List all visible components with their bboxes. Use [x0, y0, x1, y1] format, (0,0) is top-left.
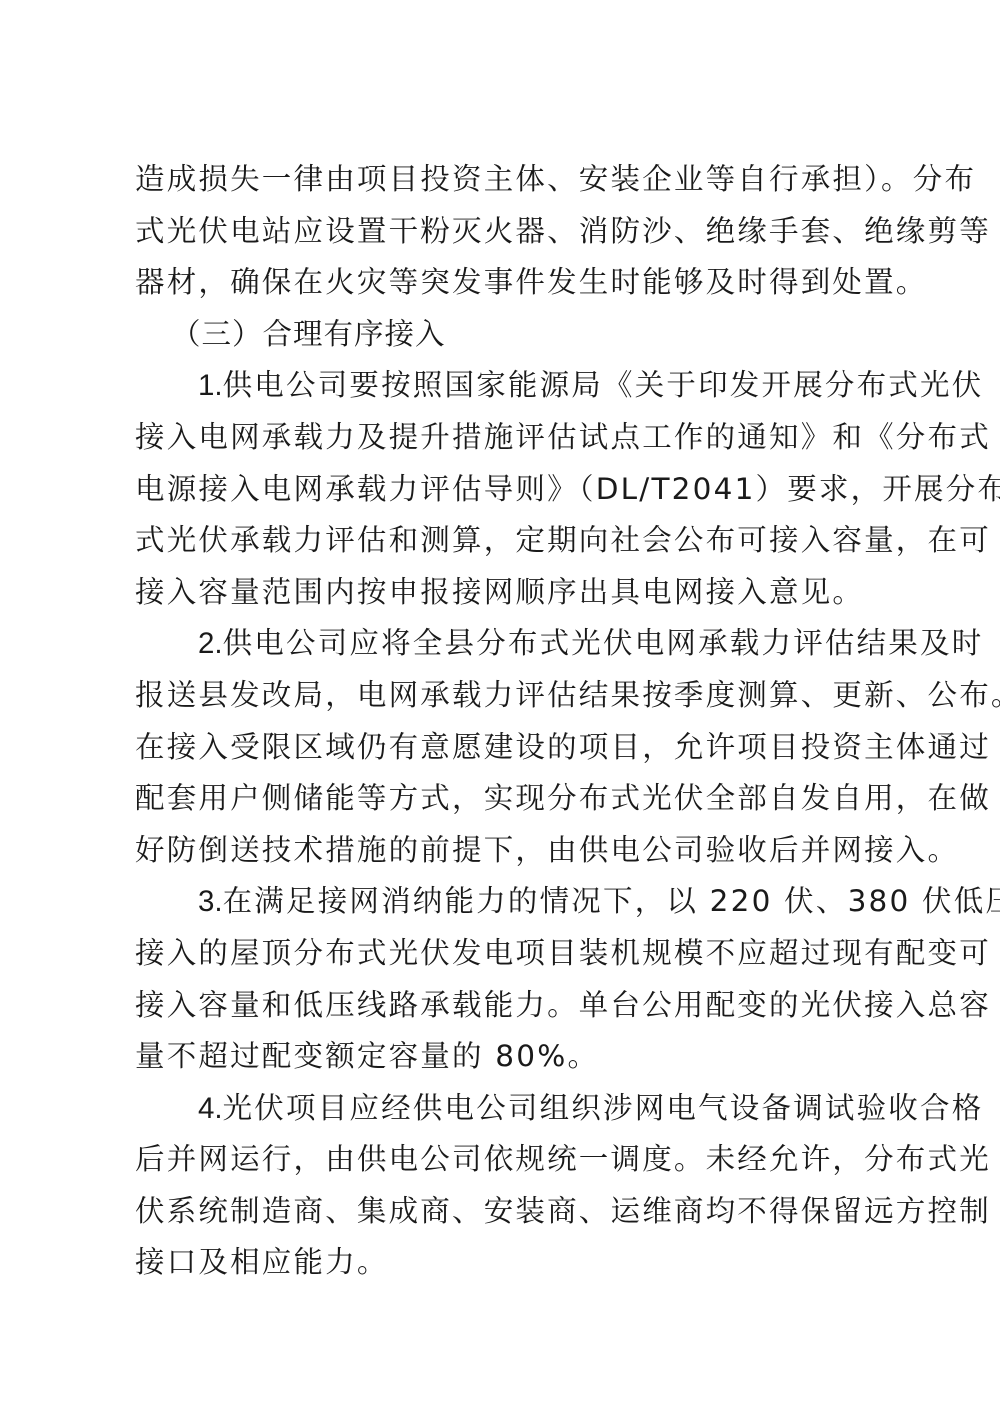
text-line: 报送县发改局，电网承载力评估结果按季度测算、更新、公布。 [135, 670, 867, 722]
paragraph-continuation: 造成损失一律由项目投资主体、安装企业等自行承担）。分布 式光伏电站应设置干粉灭火… [135, 154, 867, 309]
item-number: 3. [198, 885, 223, 918]
text-line: 在接入受限区域仍有意愿建设的项目，允许项目投资主体通过 [135, 722, 867, 774]
text-line: 接入电网承载力及提升措施评估试点工作的通知》和《分布式 [135, 412, 867, 464]
text-line: 3.在满足接网消纳能力的情况下，以 220 伏、380 伏低压 [135, 876, 867, 928]
list-item-3: 3.在满足接网消纳能力的情况下，以 220 伏、380 伏低压 接入的屋顶分布式… [135, 876, 867, 1082]
item-number: 1. [198, 369, 223, 402]
section-heading-text: （三）合理有序接入 [135, 309, 867, 361]
text-line: 器材，确保在火灾等突发事件发生时能够及时得到处置。 [135, 257, 867, 309]
text-line: 接入容量和低压线路承载能力。单台公用配变的光伏接入总容 [135, 980, 867, 1032]
text-line: 配套用户侧储能等方式，实现分布式光伏全部自发自用，在做 [135, 773, 867, 825]
text-line: 接入容量范围内按申报接网顺序出具电网接入意见。 [135, 567, 867, 619]
text-line: 接入的屋顶分布式光伏发电项目装机规模不应超过现有配变可 [135, 928, 867, 980]
text-line: 量不超过配变额定容量的 80%。 [135, 1031, 867, 1083]
list-item-2: 2.供电公司应将全县分布式光伏电网承载力评估结果及时 报送县发改局，电网承载力评… [135, 618, 867, 876]
text-line: 造成损失一律由项目投资主体、安装企业等自行承担）。分布 [135, 154, 867, 206]
item-text: 供电公司应将全县分布式光伏电网承载力评估结果及时 [223, 626, 984, 660]
section-heading: （三）合理有序接入 [135, 309, 867, 361]
list-item-4: 4.光伏项目应经供电公司组织涉网电气设备调试验收合格 后并网运行，由供电公司依规… [135, 1083, 867, 1289]
document-page: 造成损失一律由项目投资主体、安装企业等自行承担）。分布 式光伏电站应设置干粉灭火… [135, 154, 867, 1289]
item-text: 供电公司要按照国家能源局《关于印发开展分布式光伏 [223, 368, 984, 402]
text-line: 后并网运行，由供电公司依规统一调度。未经允许，分布式光 [135, 1134, 867, 1186]
item-text: 在满足接网消纳能力的情况下，以 220 伏、380 伏低压 [223, 884, 1000, 918]
text-line: 接口及相应能力。 [135, 1237, 867, 1289]
text-line: 式光伏电站应设置干粉灭火器、消防沙、绝缘手套、绝缘剪等 [135, 206, 867, 258]
text-line: 好防倒送技术措施的前提下，由供电公司验收后并网接入。 [135, 825, 867, 877]
text-line: 式光伏承载力评估和测算，定期向社会公布可接入容量，在可 [135, 515, 867, 567]
item-number: 2. [198, 627, 223, 660]
item-text: 光伏项目应经供电公司组织涉网电气设备调试验收合格 [223, 1091, 984, 1125]
text-line: 2.供电公司应将全县分布式光伏电网承载力评估结果及时 [135, 618, 867, 670]
text-line: 伏系统制造商、集成商、安装商、运维商均不得保留远方控制 [135, 1186, 867, 1238]
list-item-1: 1.供电公司要按照国家能源局《关于印发开展分布式光伏 接入电网承载力及提升措施评… [135, 360, 867, 618]
item-number: 4. [198, 1092, 223, 1125]
text-line: 电源接入电网承载力评估导则》（DL/T2041）要求，开展分布 [135, 464, 867, 516]
text-line: 4.光伏项目应经供电公司组织涉网电气设备调试验收合格 [135, 1083, 867, 1135]
text-line: 1.供电公司要按照国家能源局《关于印发开展分布式光伏 [135, 360, 867, 412]
